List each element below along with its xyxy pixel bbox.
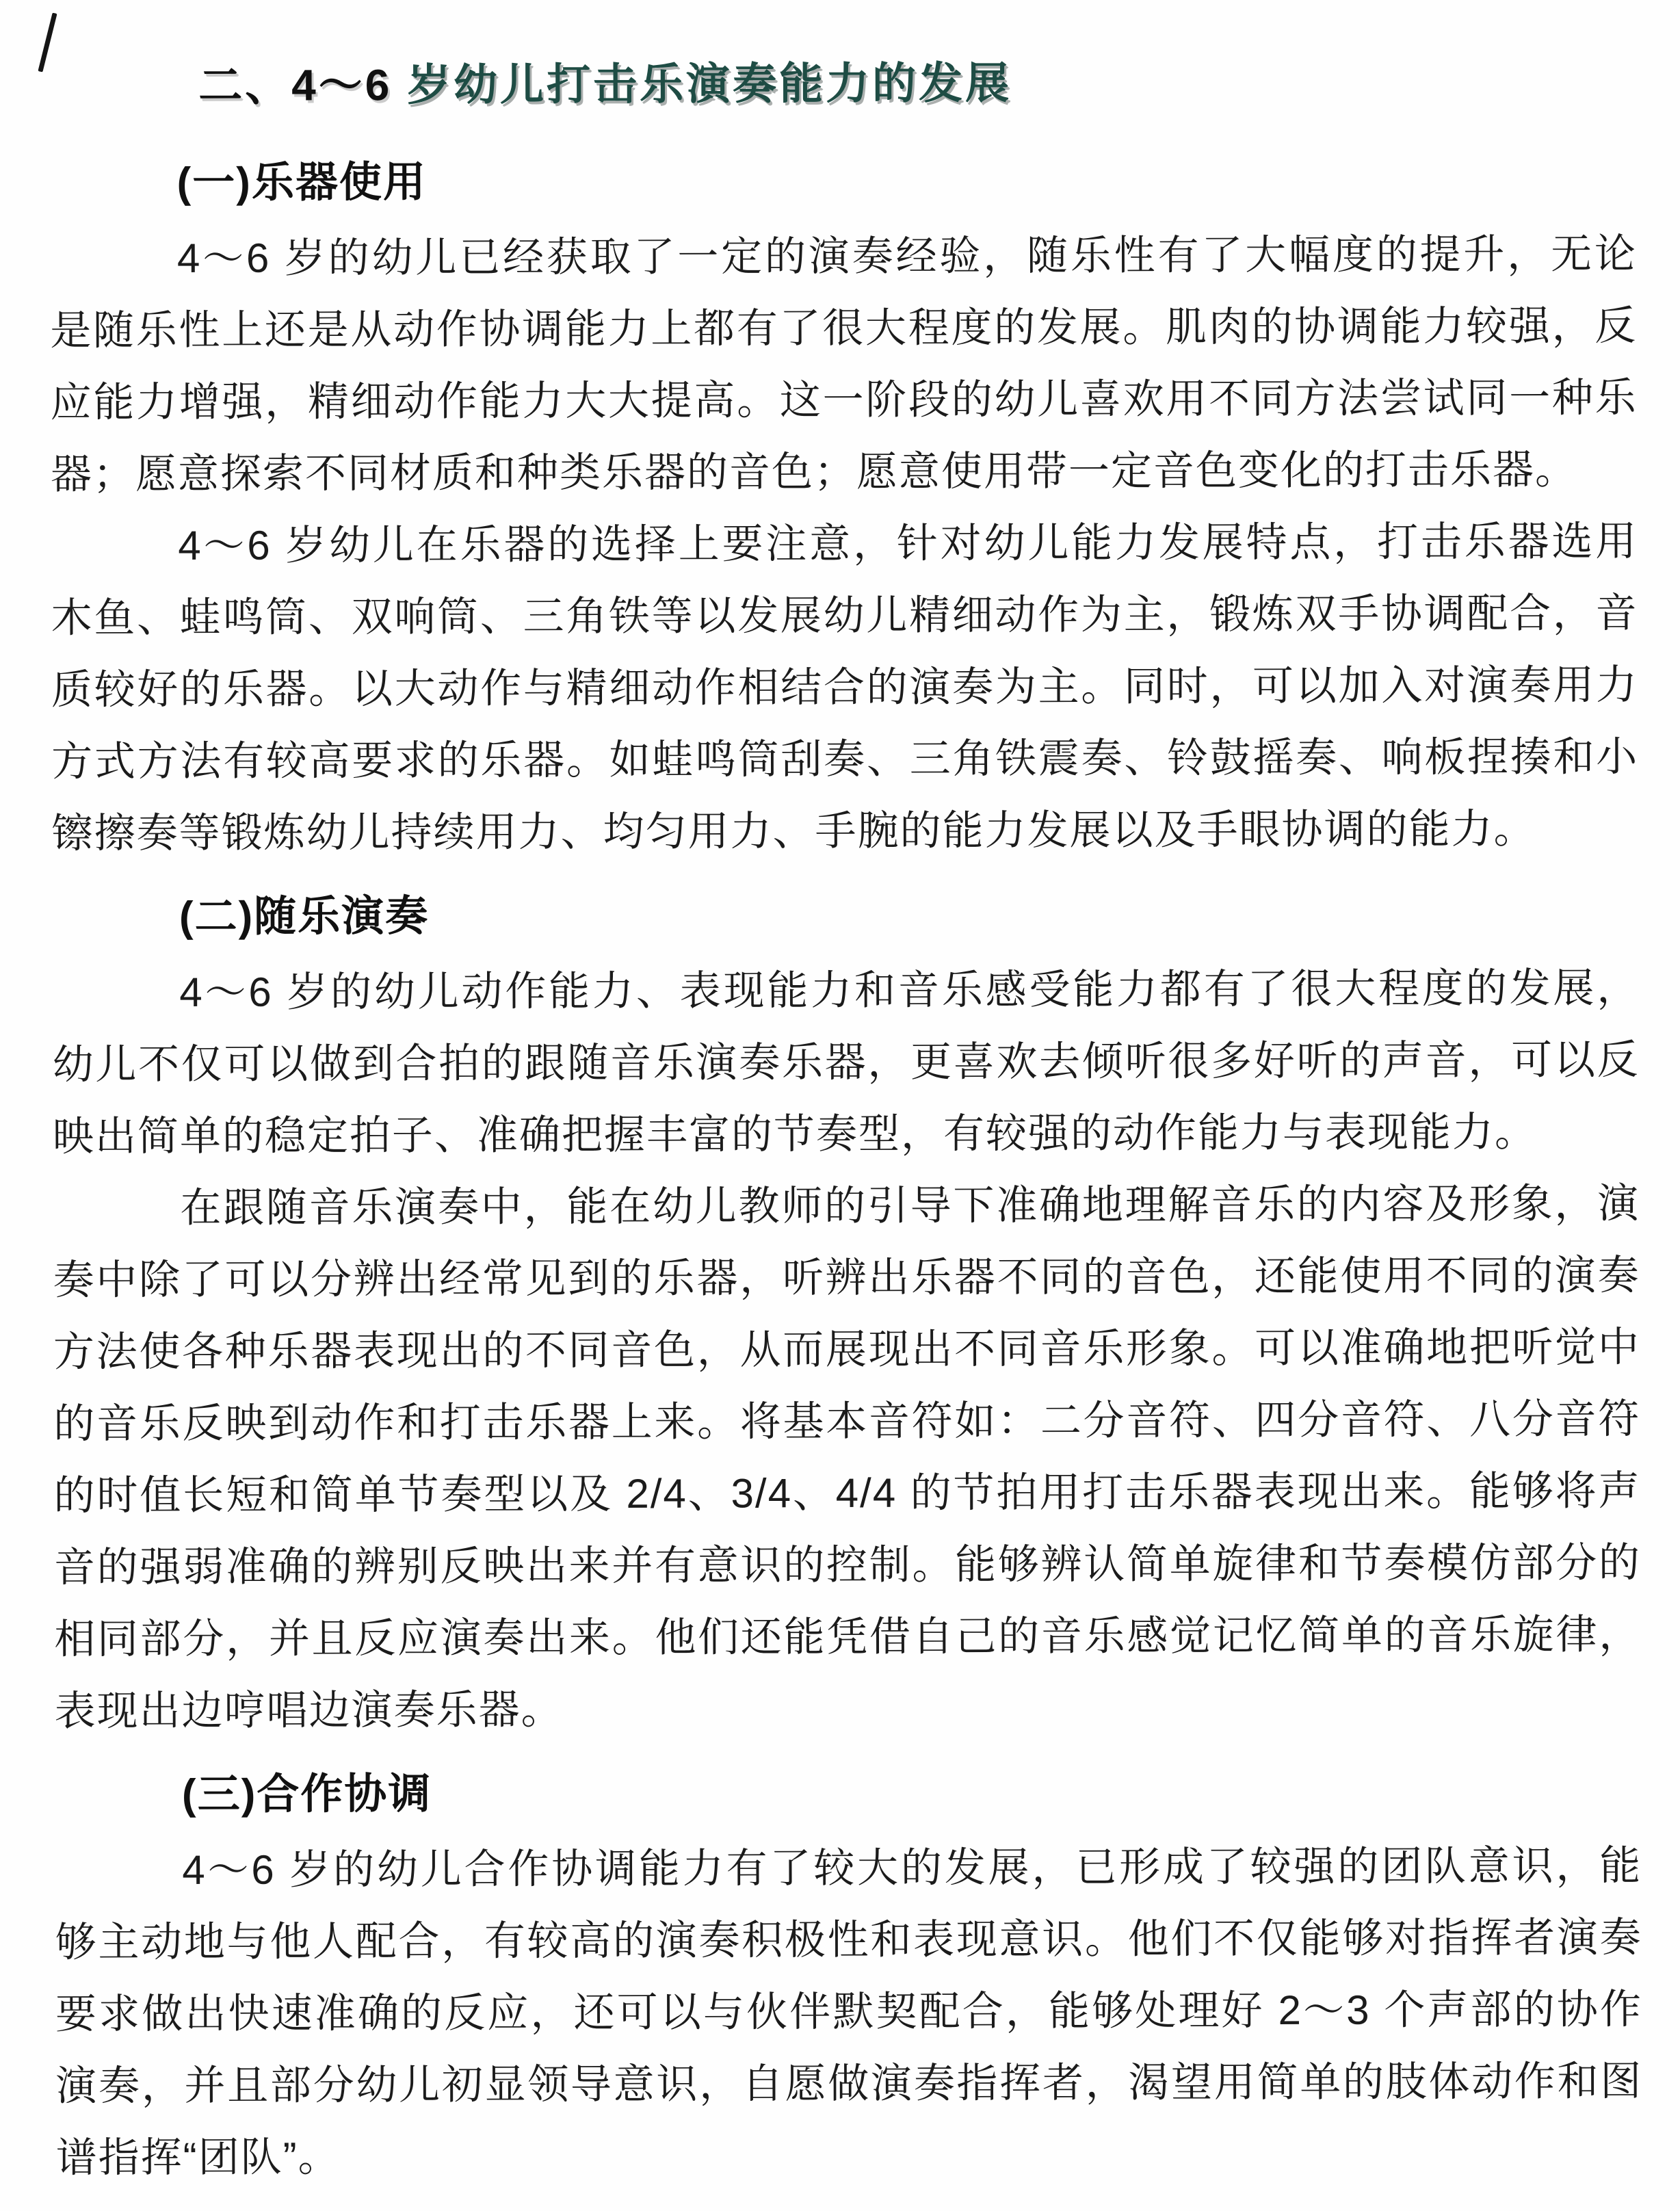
paragraph-4: 在跟随音乐演奏中，能在幼儿教师的引导下准确地理解音乐的内容及形象，演奏中除了可以…	[53, 1167, 1642, 1746]
paragraph-2: 4～6 岁幼儿在乐器的选择上要注意，针对幼儿能力发展特点，打击乐器选用木鱼、蛙鸣…	[51, 505, 1639, 869]
page-title-number: 二、4～6	[198, 60, 407, 110]
paragraph-3: 4～6 岁的幼儿动作能力、表现能力和音乐感受能力都有了很大程度的发展，幼儿不仅可…	[52, 952, 1640, 1172]
page-title-main: 岁幼儿打击乐演奏能力的发展	[407, 58, 1012, 109]
paragraph-1: 4～6 岁的幼儿已经获取了一定的演奏经验，随乐性有了大幅度的提升，无论是随乐性上…	[50, 218, 1638, 510]
paragraph-5: 4～6 岁的幼儿合作协调能力有了较大的发展，已形成了较强的团队意识，能够主动地与…	[55, 1829, 1643, 2193]
section-heading-cooperation: (三)合作协调	[55, 1762, 1642, 1823]
document-content: 二、4～6 岁幼儿打击乐演奏能力的发展 (一)乐器使用 4～6 岁的幼儿已经获取…	[49, 52, 1643, 2193]
page-title: 二、4～6 岁幼儿打击乐演奏能力的发展	[49, 52, 1636, 114]
section-heading-instrument-use: (一)乐器使用	[49, 151, 1636, 211]
document-page: 二、4～6 岁幼儿打击乐演奏能力的发展 (一)乐器使用 4～6 岁的幼儿已经获取…	[0, 0, 1680, 2211]
section-heading-play-with-music: (二)随乐演奏	[52, 885, 1639, 945]
